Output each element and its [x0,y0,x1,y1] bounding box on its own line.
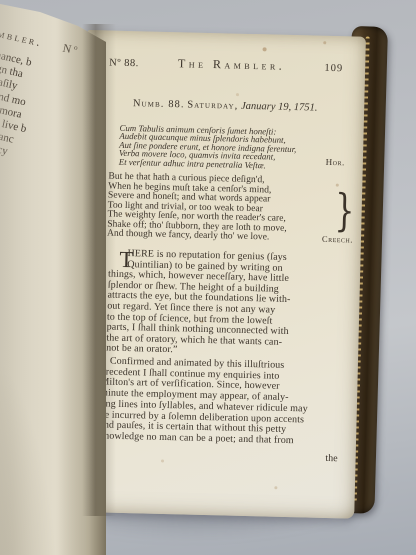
quoted-paragraph-lines: “HERE is no reputation for genius (ſays … [96,248,355,360]
body-paragraph: Confirmed and animated by this illuſtrio… [99,356,353,448]
drop-cap: T [119,250,134,270]
verse-attribution: Creech. [322,234,353,245]
quoted-paragraph: T “HERE is no reputation for genius (ſay… [96,248,355,360]
dateline-numb: Numb. 88. [133,98,185,110]
right-page: Nº 88. The Rambler. 109 Numb. 88. Saturd… [76,30,366,519]
running-header: Nº 88. The Rambler. 109 [109,55,343,76]
dateline-day: Saturday, [187,99,238,111]
dateline-date: January 19, 1751. [241,101,318,114]
gutter-shadow [82,24,116,516]
verse-brace: } [334,189,355,233]
catchword: the [325,453,337,464]
photo-backdrop: Nº 88. The Rambler. 109 Numb. 88. Saturd… [0,0,416,555]
latin-epigraph: Cum Tabulis animum cenſoris ſumet honeſt… [119,124,356,172]
right-page-content: Nº 88. The Rambler. 109 Numb. 88. Saturd… [76,30,366,519]
issue-dateline: Numb. 88. Saturday, January 19, 1751. [86,97,364,115]
epigraph-attribution: Hor. [326,157,345,167]
body-line-text: not be an orator.” [106,343,177,356]
verse-translation: But he that hath a curious piece deſign'… [107,172,353,244]
page-number: 109 [324,63,343,74]
page-title: The Rambler. [178,56,286,74]
